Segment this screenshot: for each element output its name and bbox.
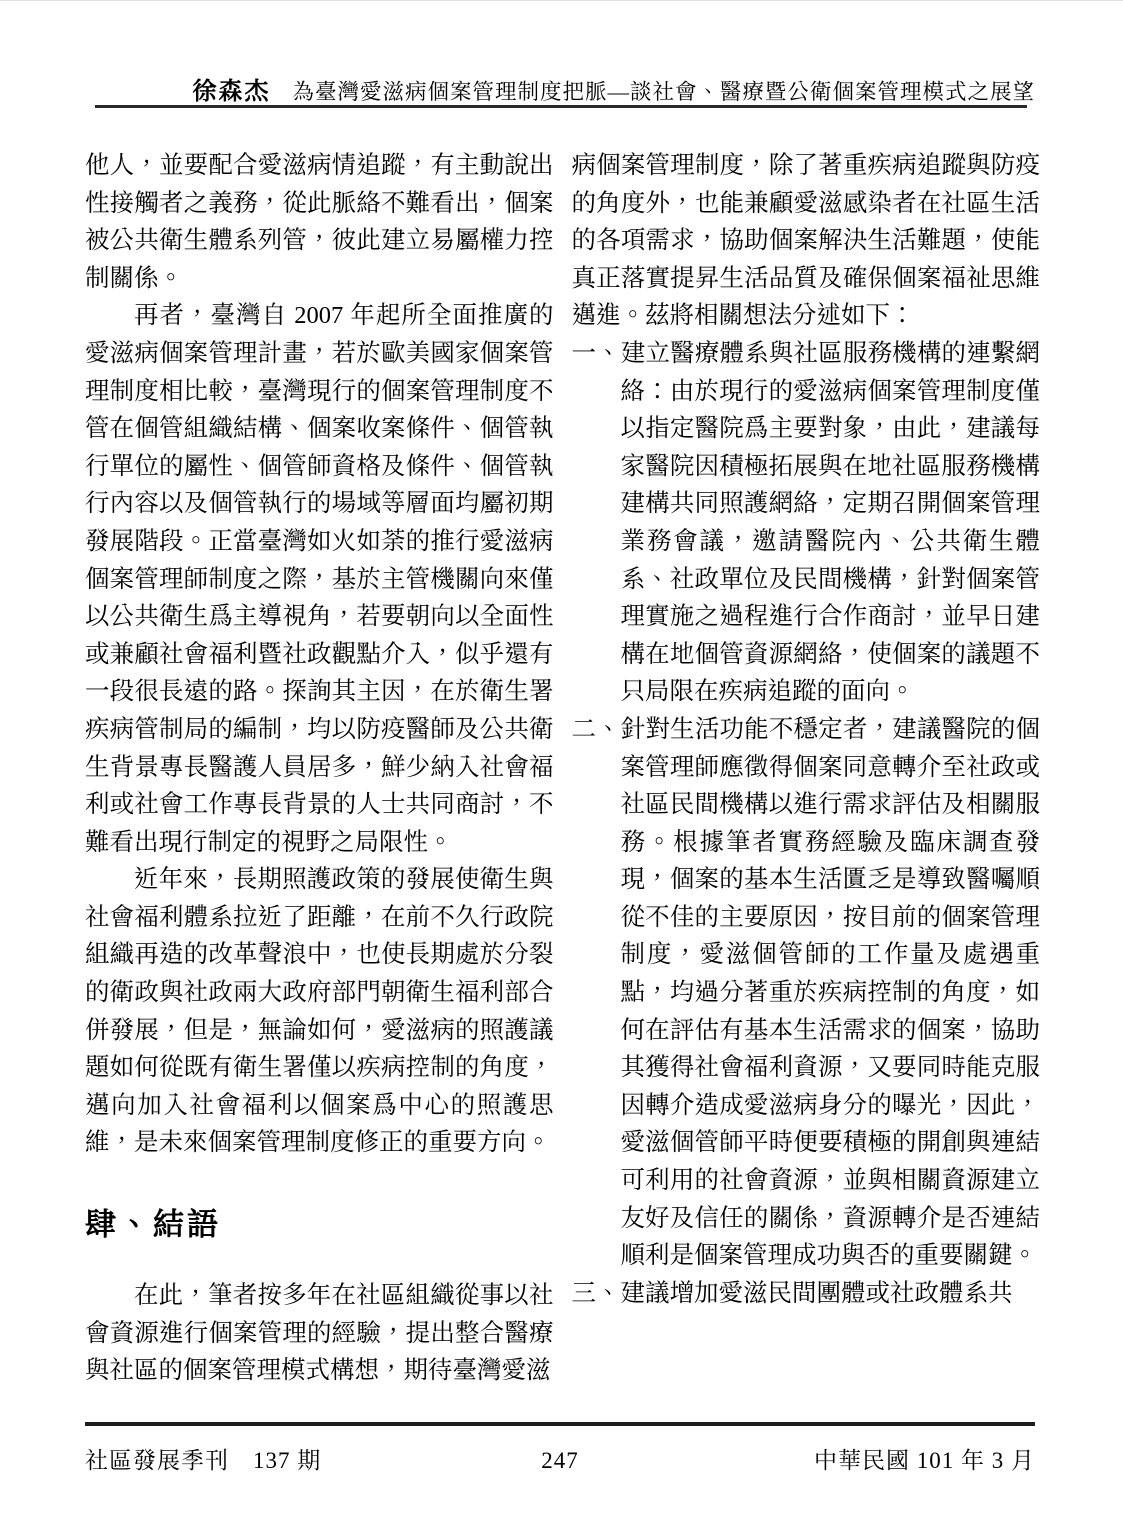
item-marker: 一、 — [572, 340, 621, 367]
left-column: 他人，並要配合愛滋病情追蹤，有主動說出性接觸者之義務，從此脈絡不難看出，個案被公… — [85, 147, 554, 1390]
right-column: 病個案管理制度，除了著重疾病追蹤與防疫的角度外，也能兼顧愛滋感染者在社區生活的各… — [572, 147, 1041, 1390]
footer-page-number: 247 — [541, 1448, 579, 1474]
section-heading: 肆、結語 — [85, 1206, 554, 1243]
body-columns: 他人，並要配合愛滋病情追蹤，有主動說出性接觸者之義務，從此脈絡不難看出，個案被公… — [85, 147, 1040, 1390]
page-footer: 社區發展季刊 137 期 247 中華民國 101 年 3 月 — [85, 1442, 1035, 1475]
running-head: 徐森杰為臺灣愛滋病個案管理制度把脈—談社會、醫療暨公衛個案管理模式之展望 — [85, 71, 1035, 106]
footer-divider — [85, 1422, 1035, 1426]
footer-journal-title: 社區發展季刊 137 期 — [85, 1442, 541, 1475]
item-marker: 二、 — [572, 716, 621, 743]
running-head-title: 為臺灣愛滋病個案管理制度把脈—談社會、醫療暨公衛個案管理模式之展望 — [292, 80, 1035, 104]
item-text: 建議增加愛滋民間團體或社政體系共 — [621, 1280, 1013, 1307]
numbered-item-2: 二、針對生活功能不穩定者，建議醫院的個案管理師應徵得個案同意轉介至社政或社區民間… — [572, 711, 1041, 1275]
item-text: 建立醫療體系與社區服務機構的連繫網絡：由於現行的愛滋病個案管理制度僅以指定醫院爲… — [621, 340, 1041, 705]
numbered-item-1: 一、建立醫療體系與社區服務機構的連繫網絡：由於現行的愛滋病個案管理制度僅以指定醫… — [572, 335, 1041, 711]
paragraph: 在此，筆者按多年在社區組織從事以社會資源進行個案管理的經驗，提出整合醫療與社區的… — [85, 1277, 554, 1390]
journal-page: 徐森杰為臺灣愛滋病個案管理制度把脈—談社會、醫療暨公衛個案管理模式之展望 他人，… — [0, 0, 1123, 1536]
paragraph-continuation: 病個案管理制度，除了著重疾病追蹤與防疫的角度外，也能兼顧愛滋感染者在社區生活的各… — [572, 147, 1041, 335]
numbered-item-3: 三、建議增加愛滋民間團體或社政體系共 — [572, 1275, 1041, 1313]
paragraph: 近年來，長期照護政策的發展使衛生與社會福利體系拉近了距離，在前不久行政院組織再造… — [85, 861, 554, 1162]
header-divider — [95, 105, 1027, 108]
paragraph: 再者，臺灣自 2007 年起所全面推廣的愛滋病個案管理計畫，若於歐美國家個案管理… — [85, 297, 554, 861]
running-head-author: 徐森杰 — [192, 79, 270, 105]
item-text: 針對生活功能不穩定者，建議醫院的個案管理師應徵得個案同意轉介至社政或社區民間機構… — [621, 716, 1041, 1269]
paragraph-continuation: 他人，並要配合愛滋病情追蹤，有主動說出性接觸者之義務，從此脈絡不難看出，個案被公… — [85, 147, 554, 297]
footer-date: 中華民國 101 年 3 月 — [579, 1442, 1035, 1475]
item-marker: 三、 — [572, 1280, 621, 1307]
